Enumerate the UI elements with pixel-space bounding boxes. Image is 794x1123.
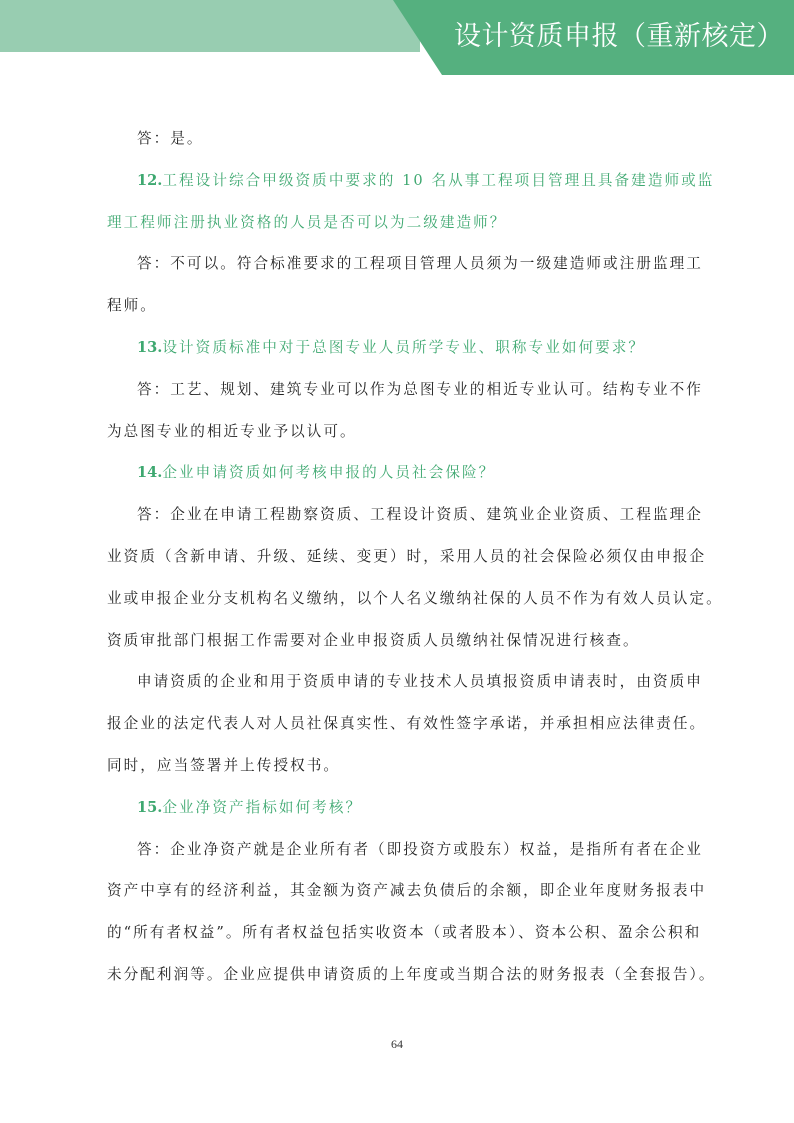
answer-text: 资质审批部门根据工作需要对企业申报资质人员缴纳社保情况进行核查。 <box>107 632 640 649</box>
answer-line: 未分配利润等。企业应提供申请资质的上年度或当期合法的财务报表（全套报告）。 <box>107 954 685 996</box>
answer-line: 答：企业净资产就是企业所有者（即投资方或股东）权益，是指所有者在企业 <box>107 829 685 871</box>
question-14: 14.企业申请资质如何考核申报的人员社会保险？ <box>107 452 685 494</box>
answer-text: 的“所有者权益”。所有者权益包括实收资本（或者股本）、资本公积、盈余公积和 <box>107 924 701 941</box>
page-number: 64 <box>0 1037 794 1052</box>
answer-text: 答：工艺、规划、建筑专业可以作为总图专业的相近专业认可。结构专业不作 <box>137 381 703 398</box>
document-body: 答：是。 12.工程设计综合甲级资质中要求的 10 名从事工程项目管理且具备建造… <box>107 118 685 996</box>
answer-text: 答：企业在申请工程勘察资质、工程设计资质、建筑业企业资质、工程监理企 <box>137 506 703 523</box>
answer-text: 答：企业净资产就是企业所有者（即投资方或股东）权益，是指所有者在企业 <box>137 841 703 858</box>
question-text: 工程设计综合甲级资质中要求的 10 名从事工程项目管理且具备建造师或监 <box>162 172 714 189</box>
answer-line: 申请资质的企业和用于资质申请的专业技术人员填报资质申请表时，由资质申 <box>107 661 685 703</box>
answer-text: 申请资质的企业和用于资质申请的专业技术人员填报资质申请表时，由资质申 <box>137 673 703 690</box>
answer-line: 答：企业在申请工程勘察资质、工程设计资质、建筑业企业资质、工程监理企 <box>107 494 685 536</box>
question-text: 企业申请资质如何考核申报的人员社会保险？ <box>162 464 495 481</box>
answer-line: 答：工艺、规划、建筑专业可以作为总图专业的相近专业认可。结构专业不作 <box>107 369 685 411</box>
question-12-cont: 理工程师注册执业资格的人员是否可以为二级建造师？ <box>107 202 685 244</box>
answer-line: 答：是。 <box>107 118 685 160</box>
answer-text: 程师。 <box>107 297 157 314</box>
answer-text: 业或申报企业分支机构名义缴纳，以个人名义缴纳社保的人员不作为有效人员认定。 <box>107 590 723 607</box>
answer-text: 报企业的法定代表人对人员社保真实性、有效性签字承诺，并承担相应法律责任。 <box>107 715 706 732</box>
section-title: 设计资质申报（重新核定） <box>454 14 784 53</box>
answer-text: 答：不可以。符合标准要求的工程项目管理人员须为一级建造师或注册监理工 <box>137 255 703 272</box>
question-number: 12. <box>137 172 162 189</box>
answer-text: 答：是。 <box>137 130 204 147</box>
answer-line: 同时，应当签署并上传授权书。 <box>107 745 685 787</box>
question-15: 15.企业净资产指标如何考核？ <box>107 787 685 829</box>
answer-line: 的“所有者权益”。所有者权益包括实收资本（或者股本）、资本公积、盈余公积和 <box>107 912 685 954</box>
question-text: 企业净资产指标如何考核？ <box>162 799 362 816</box>
answer-line: 为总图专业的相近专业予以认可。 <box>107 411 685 453</box>
question-number: 15. <box>137 799 162 816</box>
question-text: 设计资质标准中对于总图专业人员所学专业、职称专业如何要求？ <box>162 339 645 356</box>
question-number: 14. <box>137 464 162 481</box>
answer-text: 业资质（含新申请、升级、延续、变更）时，采用人员的社会保险必须仅由申报企 <box>107 548 706 565</box>
answer-line: 资产中享有的经济利益，其金额为资产减去负债后的余额，即企业年度财务报表中 <box>107 870 685 912</box>
question-number: 13. <box>137 339 162 356</box>
question-13: 13.设计资质标准中对于总图专业人员所学专业、职称专业如何要求？ <box>107 327 685 369</box>
answer-line: 资质审批部门根据工作需要对企业申报资质人员缴纳社保情况进行核查。 <box>107 620 685 662</box>
answer-text: 资产中享有的经济利益，其金额为资产减去负债后的余额，即企业年度财务报表中 <box>107 882 706 899</box>
answer-line: 答：不可以。符合标准要求的工程项目管理人员须为一级建造师或注册监理工 <box>107 243 685 285</box>
answer-line: 业资质（含新申请、升级、延续、变更）时，采用人员的社会保险必须仅由申报企 <box>107 536 685 578</box>
answer-line: 报企业的法定代表人对人员社保真实性、有效性签字承诺，并承担相应法律责任。 <box>107 703 685 745</box>
answer-text: 同时，应当签署并上传授权书。 <box>107 757 340 774</box>
header-band-light <box>0 0 420 52</box>
question-text: 理工程师注册执业资格的人员是否可以为二级建造师？ <box>107 214 506 231</box>
answer-text: 未分配利润等。企业应提供申请资质的上年度或当期合法的财务报表（全套报告）。 <box>107 966 716 983</box>
answer-line: 业或申报企业分支机构名义缴纳，以个人名义缴纳社保的人员不作为有效人员认定。 <box>107 578 685 620</box>
answer-line: 程师。 <box>107 285 685 327</box>
answer-text: 为总图专业的相近专业予以认可。 <box>107 423 357 440</box>
question-12: 12.工程设计综合甲级资质中要求的 10 名从事工程项目管理且具备建造师或监 <box>107 160 685 202</box>
